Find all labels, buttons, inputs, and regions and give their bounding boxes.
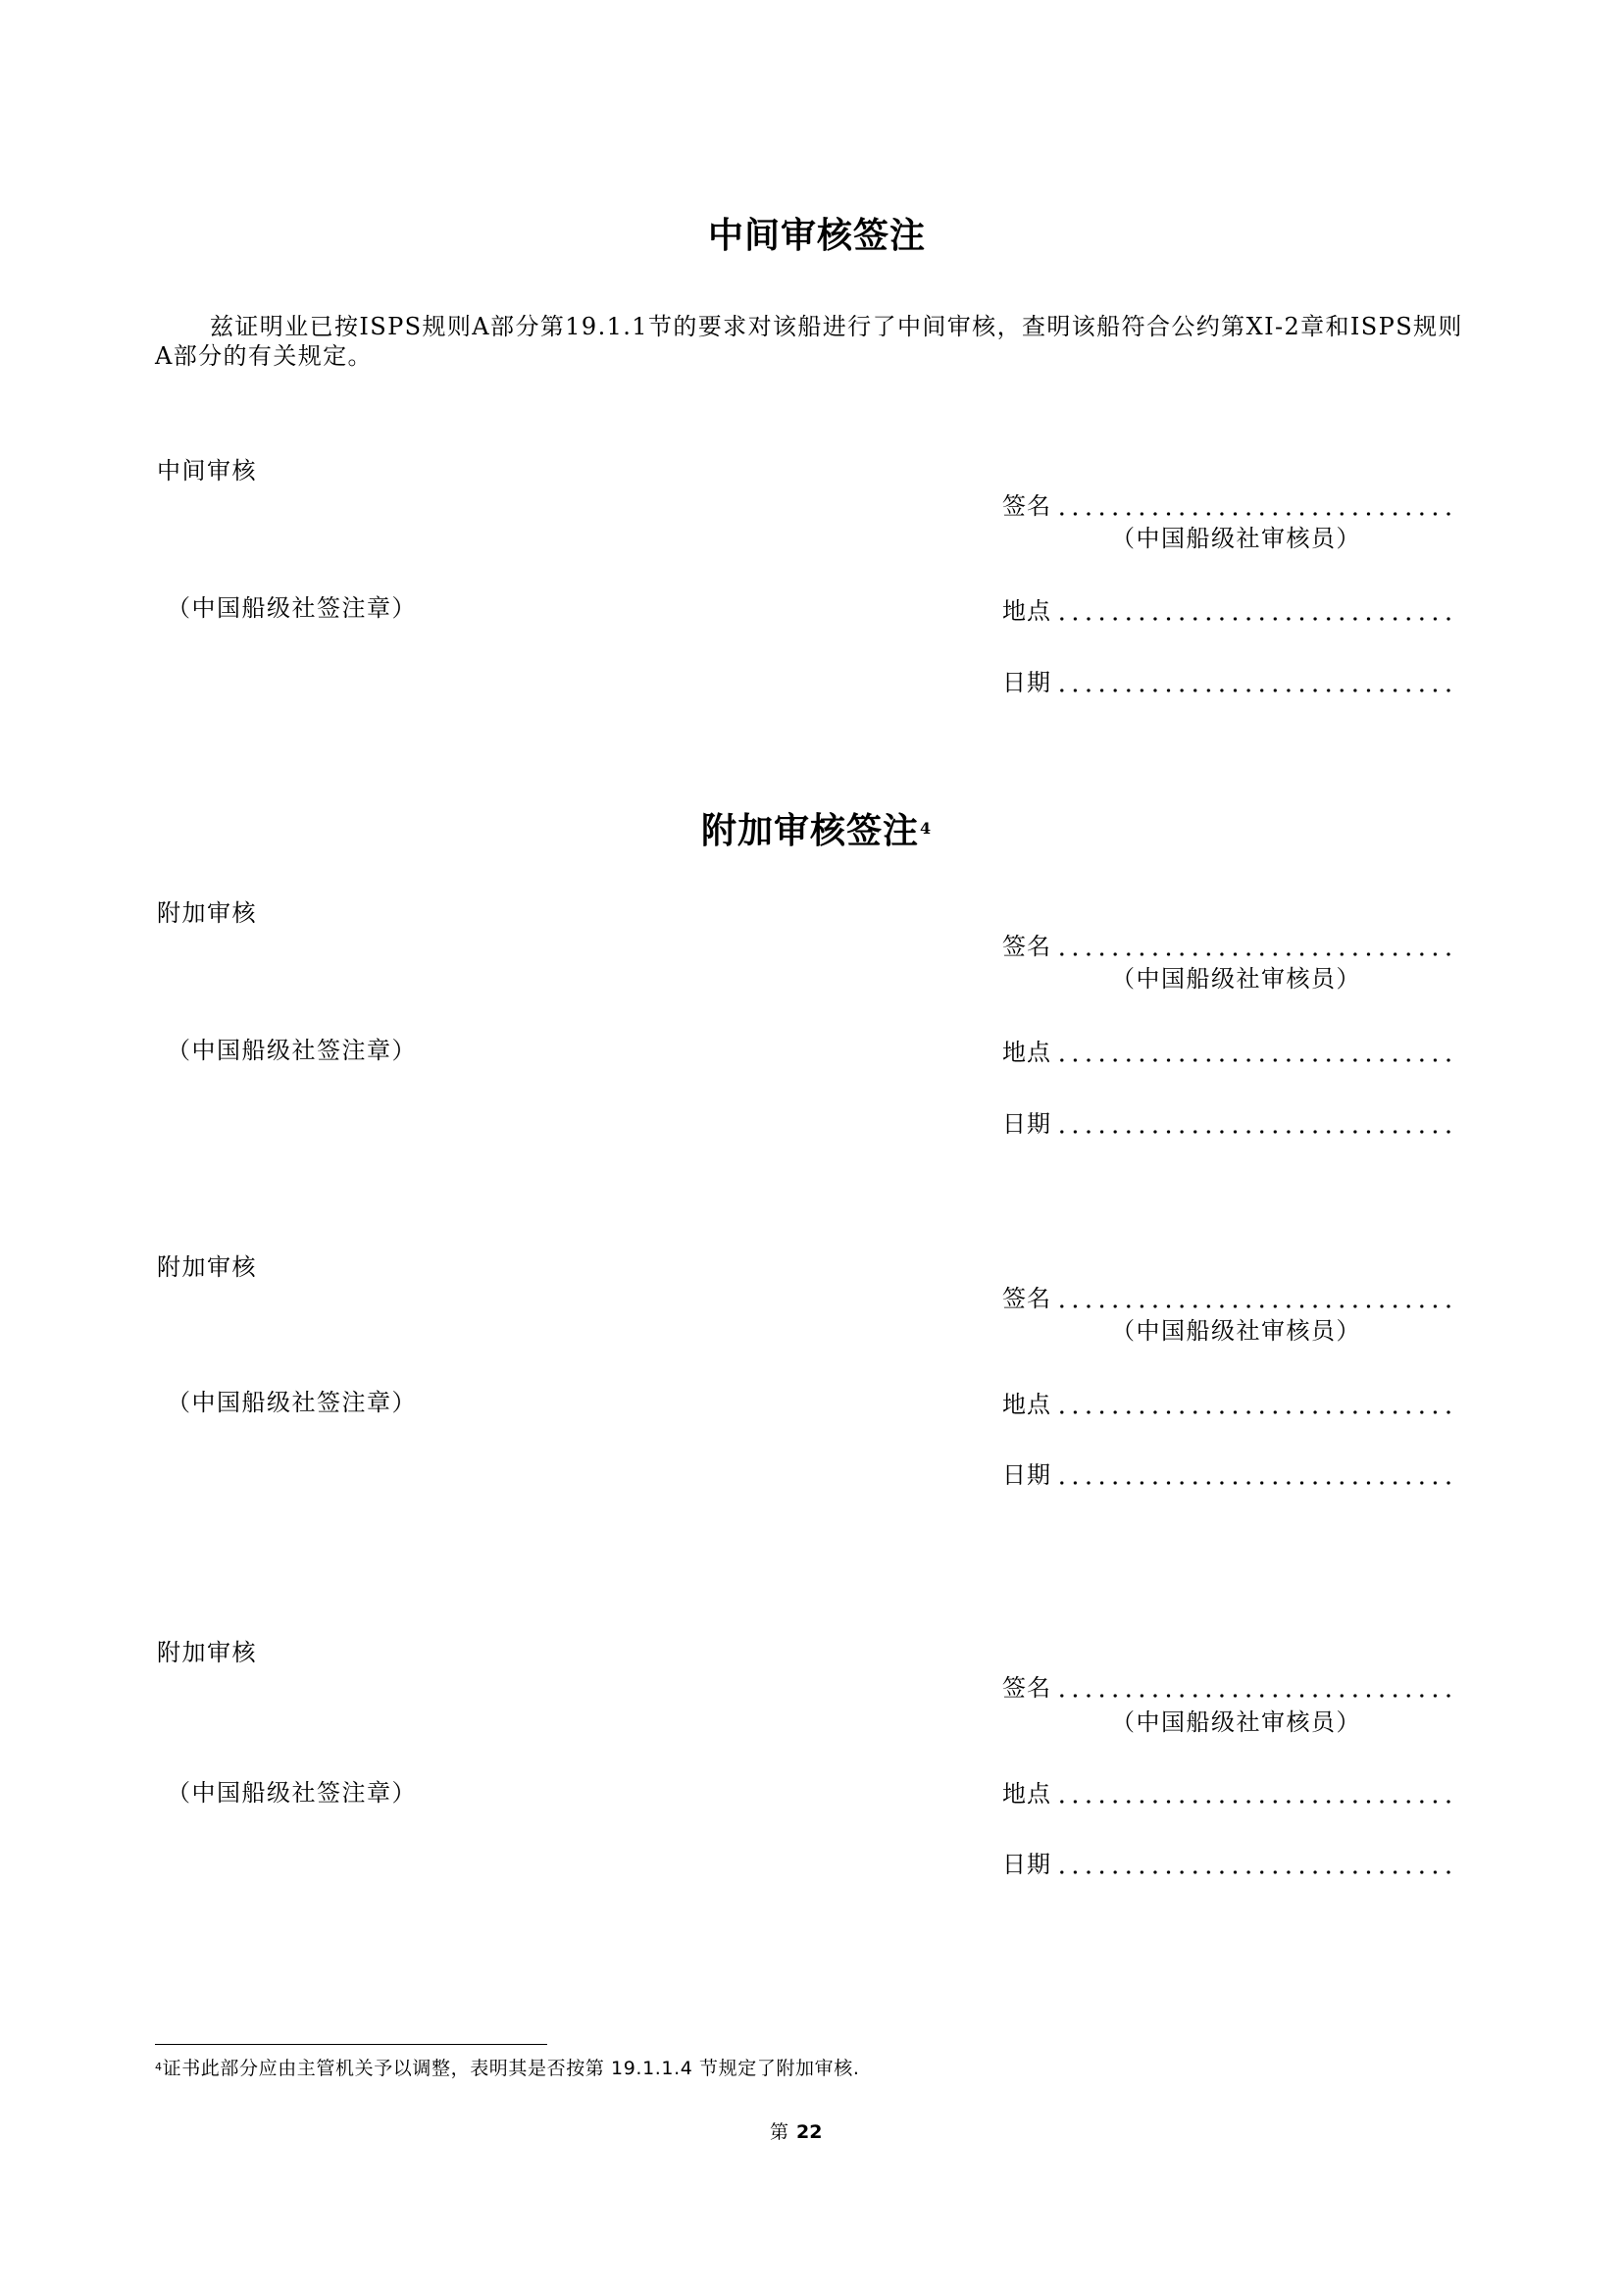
place-label: 地点 bbox=[1002, 1391, 1051, 1418]
signature-role: （中国船级社审核员） bbox=[1111, 965, 1361, 993]
entry-label: 中间审核 bbox=[157, 457, 257, 484]
additional-audit-title-text: 附加审核签注 bbox=[701, 810, 919, 851]
entry-label: 附加审核 bbox=[157, 899, 257, 927]
signature-field[interactable]: 签名 bbox=[1002, 933, 1453, 960]
signature-label: 签名 bbox=[1002, 1674, 1051, 1702]
date-label: 日期 bbox=[1002, 1461, 1051, 1489]
place-label: 地点 bbox=[1002, 1780, 1051, 1808]
signature-label: 签名 bbox=[1002, 933, 1051, 960]
footnote-text: 证书此部分应由主管机关予以调整，表明其是否按第 19.1.1.4 节规定了附加审… bbox=[163, 2058, 860, 2079]
footnote-ref-marker[interactable]: 4 bbox=[920, 819, 932, 838]
date-dotted-line[interactable] bbox=[1053, 1481, 1453, 1485]
signature-field[interactable]: 签名 bbox=[1002, 1674, 1453, 1702]
signature-label: 签名 bbox=[1002, 1285, 1051, 1312]
place-label: 地点 bbox=[1002, 597, 1051, 625]
place-label: 地点 bbox=[1002, 1039, 1051, 1066]
stamp-label: （中国船级社签注章） bbox=[167, 1037, 417, 1064]
place-dotted-line[interactable] bbox=[1053, 1410, 1453, 1414]
stamp-label: （中国船级社签注章） bbox=[167, 594, 417, 622]
intermediate-audit-title-text: 中间审核签注 bbox=[708, 215, 926, 256]
entry-label: 附加审核 bbox=[157, 1639, 257, 1666]
page-number: 第22 bbox=[770, 2121, 822, 2143]
signature-dotted-line[interactable] bbox=[1053, 1304, 1453, 1308]
date-field[interactable]: 日期 bbox=[1002, 669, 1453, 696]
signature-label: 签名 bbox=[1002, 492, 1051, 520]
place-dotted-line[interactable] bbox=[1053, 1058, 1453, 1062]
footnote: 4证书此部分应由主管机关予以调整，表明其是否按第 19.1.1.4 节规定了附加… bbox=[155, 2058, 860, 2079]
place-field[interactable]: 地点 bbox=[1002, 597, 1453, 625]
date-label: 日期 bbox=[1002, 1110, 1051, 1138]
place-dotted-line[interactable] bbox=[1053, 1800, 1453, 1804]
entry-label: 附加审核 bbox=[157, 1253, 257, 1281]
place-field[interactable]: 地点 bbox=[1002, 1391, 1453, 1418]
signature-field[interactable]: 签名 bbox=[1002, 1285, 1453, 1312]
signature-role: （中国船级社审核员） bbox=[1111, 1317, 1361, 1345]
footnote-marker: 4 bbox=[155, 2061, 163, 2073]
signature-role: （中国船级社审核员） bbox=[1111, 525, 1361, 552]
date-dotted-line[interactable] bbox=[1053, 1870, 1453, 1874]
date-dotted-line[interactable] bbox=[1053, 688, 1453, 692]
date-field[interactable]: 日期 bbox=[1002, 1461, 1453, 1489]
place-dotted-line[interactable] bbox=[1053, 617, 1453, 621]
signature-dotted-line[interactable] bbox=[1053, 512, 1453, 516]
stamp-label: （中国船级社签注章） bbox=[167, 1779, 417, 1807]
date-field[interactable]: 日期 bbox=[1002, 1110, 1453, 1138]
place-field[interactable]: 地点 bbox=[1002, 1780, 1453, 1808]
footnote-divider bbox=[155, 2044, 547, 2045]
place-field[interactable]: 地点 bbox=[1002, 1039, 1453, 1066]
signature-dotted-line[interactable] bbox=[1053, 1694, 1453, 1698]
page-number-prefix: 第 bbox=[770, 2121, 788, 2143]
date-label: 日期 bbox=[1002, 1851, 1051, 1878]
signature-field[interactable]: 签名 bbox=[1002, 492, 1453, 520]
additional-audit-title: 附加审核签注4 bbox=[701, 811, 932, 850]
date-field[interactable]: 日期 bbox=[1002, 1851, 1453, 1878]
date-label: 日期 bbox=[1002, 669, 1051, 696]
date-dotted-line[interactable] bbox=[1053, 1130, 1453, 1134]
intermediate-audit-paragraph: 兹证明业已按ISPS规则A部分第19.1.1节的要求对该船进行了中间审核，查明该… bbox=[155, 312, 1479, 371]
stamp-label: （中国船级社签注章） bbox=[167, 1389, 417, 1416]
signature-role: （中国船级社审核员） bbox=[1111, 1708, 1361, 1736]
signature-dotted-line[interactable] bbox=[1053, 952, 1453, 956]
intermediate-audit-title: 中间审核签注 bbox=[708, 216, 926, 255]
page-number-value: 22 bbox=[796, 2121, 822, 2143]
